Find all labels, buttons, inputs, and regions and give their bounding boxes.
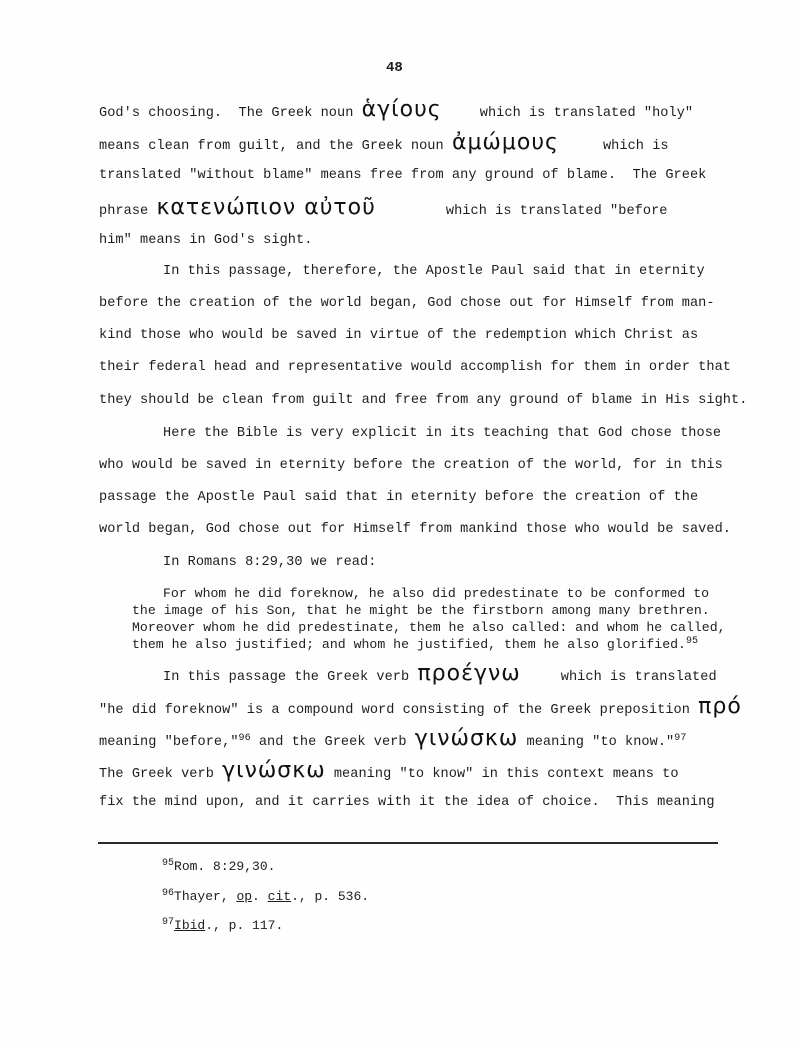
- body-line: Here the Bible is very explicit in its t…: [163, 424, 721, 444]
- greek-word: γινώσκω: [415, 726, 519, 751]
- body-line: world began, God chose out for Himself f…: [99, 520, 731, 540]
- footnote-96: 96Thayer, op. cit., p. 536.: [162, 888, 369, 906]
- quote-line: For whom he did foreknow, he also did pr…: [163, 585, 709, 602]
- body-line: meaning "before,"96 and the Greek verb γ…: [99, 729, 686, 753]
- body-line: In this passage the Greek verb προέγνωwh…: [163, 664, 717, 688]
- footnote-number: 96: [162, 888, 174, 899]
- text: "he did foreknow" is a compound word con…: [99, 703, 698, 718]
- greek-word: ἀμώμους: [452, 130, 559, 155]
- footnote-text: .: [252, 889, 268, 904]
- footnote-ref[interactable]: 97: [674, 733, 686, 744]
- footnote-ref[interactable]: 95: [686, 636, 698, 647]
- footnote-number: 97: [162, 917, 174, 928]
- body-line: who would be saved in eternity before th…: [99, 456, 723, 476]
- text: and the Greek verb: [251, 735, 415, 750]
- body-line: kind those who would be saved in virtue …: [99, 326, 698, 346]
- footnote-text: ., p. 536.: [291, 889, 369, 904]
- greek-word: προέγνω: [417, 661, 520, 686]
- text: them he also justified; and whom he just…: [132, 637, 686, 652]
- footnote-text: ., p. 117.: [205, 918, 283, 933]
- text: The Greek verb: [99, 767, 222, 782]
- body-line: fix the mind upon, and it carries with i…: [99, 793, 715, 813]
- quote-line: them he also justified; and whom he just…: [132, 636, 698, 653]
- body-line: God's choosing. The Greek noun ἁγίουςwhi…: [99, 100, 693, 124]
- footnote-ref[interactable]: 96: [239, 733, 251, 744]
- text: which is translated "holy": [480, 106, 693, 121]
- body-line: means clean from guilt, and the Greek no…: [99, 133, 669, 157]
- text: God's choosing. The Greek noun: [99, 106, 362, 121]
- footnote-text: Ibid: [174, 918, 205, 933]
- text: which is: [603, 139, 669, 154]
- body-line: they should be clean from guilt and free…: [99, 391, 747, 411]
- text: meaning "to know.": [518, 735, 674, 750]
- body-line: him" means in God's sight.: [99, 231, 312, 251]
- text: phrase: [99, 204, 156, 219]
- body-line: In Romans 8:29,30 we read:: [163, 553, 376, 573]
- document-page: 48 God's choosing. The Greek noun ἁγίους…: [0, 0, 800, 1050]
- footnote-text: Thayer,: [174, 889, 236, 904]
- body-line: In this passage, therefore, the Apostle …: [163, 262, 705, 282]
- text: which is translated: [561, 670, 717, 685]
- greek-word: πρό: [698, 694, 742, 719]
- body-line: phrase κατενώπιον αὐτοῦwhich is translat…: [99, 198, 667, 222]
- footnote-97: 97Ibid., p. 117.: [162, 917, 283, 935]
- body-line: "he did foreknow" is a compound word con…: [99, 697, 742, 721]
- text: which is translated "before: [446, 204, 668, 219]
- body-line: The Greek verb γινώσκω meaning "to know"…: [99, 761, 679, 785]
- footnote-text: cit: [268, 889, 291, 904]
- footnote-text: Rom. 8:29,30.: [174, 859, 275, 874]
- footnote-number: 95: [162, 858, 174, 869]
- greek-word: γινώσκω: [222, 758, 326, 783]
- body-line: passage the Apostle Paul said that in et…: [99, 488, 698, 508]
- page-number: 48: [386, 60, 403, 76]
- greek-word: ἁγίους: [362, 97, 442, 122]
- text: means clean from guilt, and the Greek no…: [99, 139, 452, 154]
- text: meaning "before,": [99, 735, 239, 750]
- footnote-divider: [98, 842, 718, 844]
- greek-phrase: κατενώπιον αὐτοῦ: [156, 195, 375, 220]
- text: In this passage the Greek verb: [163, 670, 417, 685]
- text: meaning "to know" in this context means …: [326, 767, 679, 782]
- body-line: translated "without blame" means free fr…: [99, 166, 706, 186]
- body-line: their federal head and representative wo…: [99, 358, 731, 378]
- quote-line: the image of his Son, that he might be t…: [132, 602, 710, 619]
- footnote-text: op: [236, 889, 252, 904]
- body-line: before the creation of the world began, …: [99, 294, 715, 314]
- quote-line: Moreover whom he did predestinate, them …: [132, 619, 726, 636]
- footnote-95: 95Rom. 8:29,30.: [162, 858, 275, 876]
